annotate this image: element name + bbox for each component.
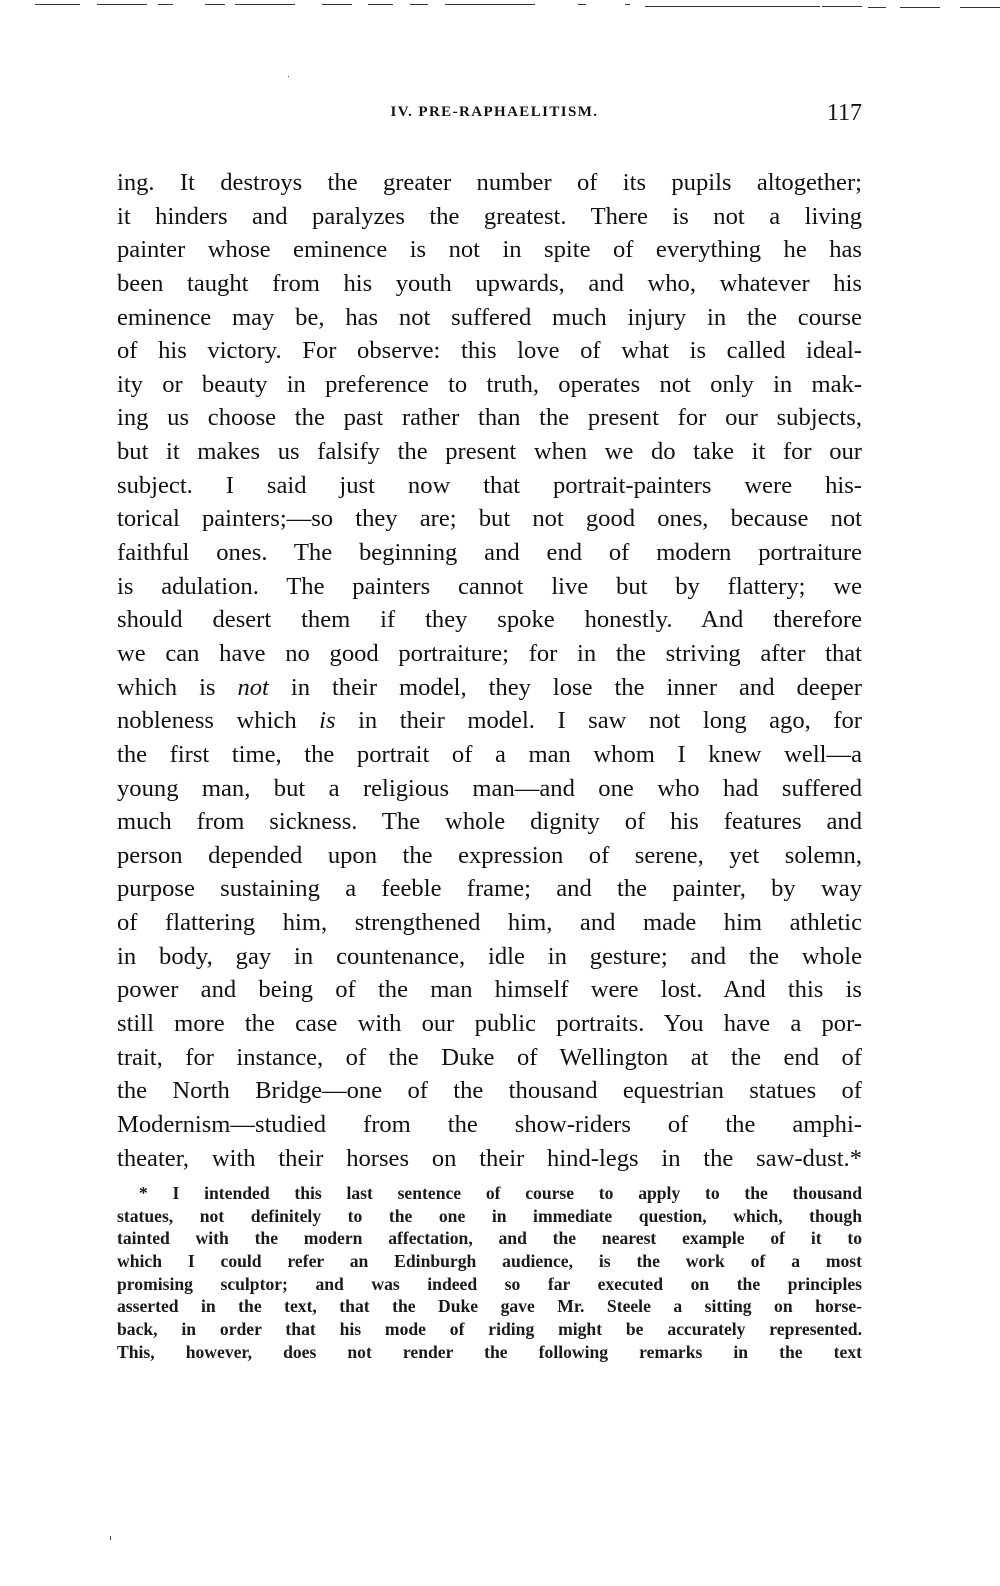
text-line: should desert them if they spoke honestl… <box>117 603 862 637</box>
scan-speck <box>288 76 289 77</box>
text-line: eminence may be, has not suffered much i… <box>117 301 862 335</box>
chapter-title: IV. PRE-RAPHAELITISM. <box>117 104 862 121</box>
text-line: theater, with their horses on their hind… <box>117 1142 862 1176</box>
text-line: which is not in their model, they lose t… <box>117 671 862 705</box>
text-line: still more the case with our public port… <box>117 1007 862 1041</box>
footnote: * I intended this last sentence of cours… <box>117 1182 862 1364</box>
text-line: ing us choose the past rather than the p… <box>117 401 862 435</box>
text-segment: which is <box>117 674 237 701</box>
text-line: Modernism—studied from the show-riders o… <box>117 1108 862 1142</box>
text-line: nobleness which is in their model. I saw… <box>117 704 862 738</box>
text-segment: in their model. I saw not long ago, for <box>336 707 862 734</box>
text-line: trait, for instance, of the Duke of Well… <box>117 1041 862 1075</box>
body-text: ing. It destroys the greater number of i… <box>117 166 862 1175</box>
text-line: of flattering him, strengthened him, and… <box>117 906 862 940</box>
text-segment: in their model, they lose the inner and … <box>269 674 862 701</box>
text-line: of his victory. For observe: this love o… <box>117 334 862 368</box>
text-line: painter whose eminence is not in spite o… <box>117 233 862 267</box>
text-line: ing. It destroys the greater number of i… <box>117 166 862 200</box>
text-line: purpose sustaining a feeble frame; and t… <box>117 872 862 906</box>
text-line: power and being of the man himself were … <box>117 973 862 1007</box>
text-segment: nobleness which <box>117 707 319 734</box>
text-line: faithful ones. The beginning and end of … <box>117 536 862 570</box>
footnote-line: statues, not definitely to the one in im… <box>117 1205 862 1228</box>
footnote-line: tainted with the modern affectation, and… <box>117 1227 862 1250</box>
italic-emphasis: not <box>237 674 268 701</box>
text-line: but it makes us falsify the present when… <box>117 435 862 469</box>
text-line: in body, gay in countenance, idle in ges… <box>117 940 862 974</box>
italic-emphasis: is <box>319 707 335 734</box>
text-line: we can have no good portraiture; for in … <box>117 637 862 671</box>
scan-edge-artifact <box>0 0 1000 10</box>
text-line: torical painters;—so they are; but not g… <box>117 502 862 536</box>
text-line: person depended upon the expression of s… <box>117 839 862 873</box>
text-line: young man, but a religious man—and one w… <box>117 772 862 806</box>
footnote-line: back, in order that his mode of riding m… <box>117 1318 862 1341</box>
text-line: much from sickness. The whole dignity of… <box>117 805 862 839</box>
text-line: ity or beauty in preference to truth, op… <box>117 368 862 402</box>
text-line: the first time, the portrait of a man wh… <box>117 738 862 772</box>
scan-speck <box>110 1536 111 1540</box>
footnote-line: asserted in the text, that the Duke gave… <box>117 1295 862 1318</box>
text-line: is adulation. The painters cannot live b… <box>117 570 862 604</box>
running-head: IV. PRE-RAPHAELITISM. 117 <box>117 100 862 130</box>
page-number: 117 <box>827 100 862 127</box>
footnote-line: promising sculptor; and was indeed so fa… <box>117 1273 862 1296</box>
text-line: been taught from his youth upwards, and … <box>117 267 862 301</box>
footnote-line: This, however, does not render the follo… <box>117 1341 862 1364</box>
text-line: the North Bridge—one of the thousand equ… <box>117 1074 862 1108</box>
text-line: subject. I said just now that portrait-p… <box>117 469 862 503</box>
text-line: it hinders and paralyzes the greatest. T… <box>117 200 862 234</box>
footnote-line: * I intended this last sentence of cours… <box>117 1182 862 1205</box>
footnote-line: which I could refer an Edinburgh audienc… <box>117 1250 862 1273</box>
